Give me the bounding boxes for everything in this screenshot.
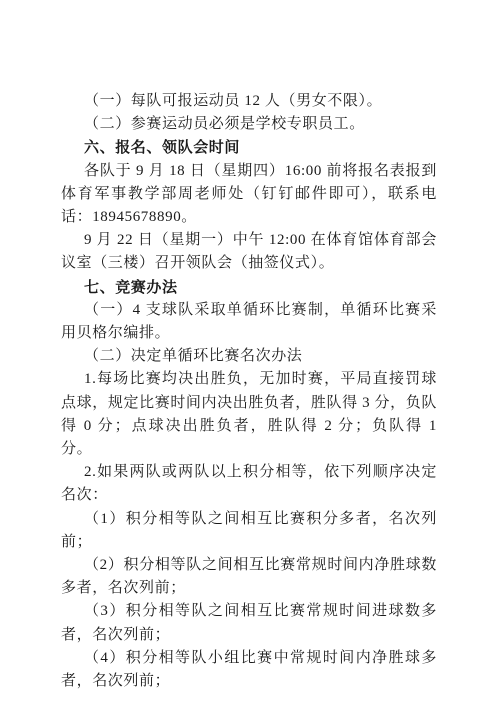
body-paragraph: （二）参赛运动员必须是学校专职员工。: [61, 113, 437, 136]
body-paragraph: （一）4 支球队采取单循环比赛制，单循环比赛采用贝格尔编排。: [61, 299, 437, 345]
body-paragraph: 1.每场比赛均决出胜负，无加时赛，平局直接罚球点球，规定比赛时间内决出胜负者，胜…: [61, 368, 437, 461]
body-paragraph: （二）决定单循环比赛名次办法: [61, 345, 437, 368]
body-paragraph: （一）每队可报运动员 12 人（男女不限）。: [61, 90, 437, 113]
body-paragraph: 各队于 9 月 18 日（星期四）16:00 前将报名表报到体育军事教学部周老师…: [61, 160, 437, 230]
body-paragraph: 2.如果两队或两队以上积分相等，依下列顺序决定名次：: [61, 461, 437, 507]
document-content: （一）每队可报运动员 12 人（男女不限）。（二）参赛运动员必须是学校专职员工。…: [0, 0, 499, 693]
section-heading: 七、竞赛办法: [61, 276, 437, 299]
section-heading: 六、报名、领队会时间: [61, 136, 437, 159]
body-paragraph: 9 月 22 日（星期一）中午 12:00 在体育馆体育部会议室（三楼）召开领队…: [61, 229, 437, 275]
body-paragraph: （3）积分相等队之间相互比赛常规时间进球数多者，名次列前；: [61, 600, 437, 646]
body-paragraph: （2）积分相等队之间相互比赛常规时间内净胜球数多者，名次列前；: [61, 554, 437, 600]
body-paragraph: （4）积分相等队小组比赛中常规时间内净胜球多者，名次列前；: [61, 647, 437, 693]
body-paragraph: （1）积分相等队之间相互比赛积分多者，名次列前；: [61, 508, 437, 554]
document-page: （一）每队可报运动员 12 人（男女不限）。（二）参赛运动员必须是学校专职员工。…: [0, 0, 499, 706]
